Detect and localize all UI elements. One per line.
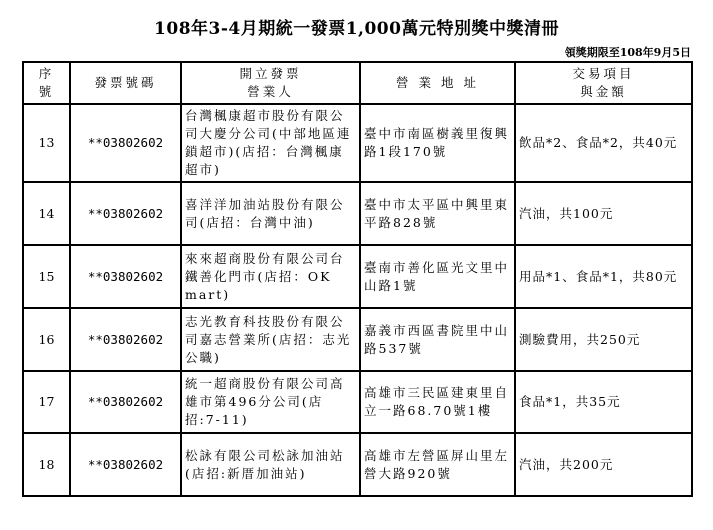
cell-address: 臺中市南區樹義里復興路1段170號 (360, 104, 515, 182)
header-seq: 序 號 (23, 62, 70, 104)
table-row: 14 **03802602 喜洋洋加油站股份有限公司(店招：台灣中油) 臺中市太… (23, 182, 692, 245)
cell-merchant: 松詠有限公司松詠加油站(店招:新厝加油站) (181, 433, 360, 496)
table-row: 16 **03802602 志光教育科技股份有限公司嘉志營業所(店招：志光公職)… (23, 308, 692, 371)
header-seq-line2: 號 (27, 83, 66, 101)
document-title: 108年3-4月期統一發票1,000萬元特別獎中獎清冊 (0, 14, 713, 39)
cell-address: 臺中市太平區中興里東平路828號 (360, 182, 515, 245)
cell-invoice-no: **03802602 (70, 182, 181, 245)
cell-address: 臺南市善化區光文里中山路1號 (360, 245, 515, 308)
cell-seq: 17 (23, 371, 70, 433)
cell-merchant: 喜洋洋加油站股份有限公司(店招：台灣中油) (181, 182, 360, 245)
header-invoice-no: 發票號碼 (70, 62, 181, 104)
cell-merchant: 志光教育科技股份有限公司嘉志營業所(店招：志光公職) (181, 308, 360, 371)
cell-seq: 15 (23, 245, 70, 308)
winners-table: 序 號 發票號碼 開立發票 營業人 營 業 地 址 交易項目 與金額 13 **… (22, 61, 693, 497)
cell-invoice-no: **03802602 (70, 245, 181, 308)
cell-seq: 13 (23, 104, 70, 182)
cell-address: 高雄市左營區屏山里左營大路920號 (360, 433, 515, 496)
header-address: 營 業 地 址 (360, 62, 515, 104)
cell-address: 嘉義市西區書院里中山路537號 (360, 308, 515, 371)
cell-merchant: 來來超商股份有限公司台鐵善化門市(店招：OK mart) (181, 245, 360, 308)
cell-merchant: 統一超商股份有限公司高雄市第496分公司(店招:7-11) (181, 371, 360, 433)
table-header-row: 序 號 發票號碼 開立發票 營業人 營 業 地 址 交易項目 與金額 (23, 62, 692, 104)
cell-invoice-no: **03802602 (70, 371, 181, 433)
cell-seq: 18 (23, 433, 70, 496)
header-merchant-line1: 開立發票 (185, 65, 356, 83)
header-merchant-line2: 營業人 (185, 83, 356, 101)
cell-invoice-no: **03802602 (70, 433, 181, 496)
cell-items: 汽油，共100元 (515, 182, 692, 245)
table-row: 17 **03802602 統一超商股份有限公司高雄市第496分公司(店招:7-… (23, 371, 692, 433)
header-merchant: 開立發票 營業人 (181, 62, 360, 104)
cell-invoice-no: **03802602 (70, 308, 181, 371)
cell-seq: 16 (23, 308, 70, 371)
header-items: 交易項目 與金額 (515, 62, 692, 104)
cell-items: 汽油，共200元 (515, 433, 692, 496)
table-row: 13 **03802602 台灣楓康超市股份有限公司大慶分公司(中部地區連鎖超市… (23, 104, 692, 182)
header-items-line2: 與金額 (519, 83, 688, 101)
cell-invoice-no: **03802602 (70, 104, 181, 182)
cell-items: 食品*1，共35元 (515, 371, 692, 433)
cell-address: 高雄市三民區建東里自立一路68.70號1樓 (360, 371, 515, 433)
cell-merchant: 台灣楓康超市股份有限公司大慶分公司(中部地區連鎖超市)(店招：台灣楓康超市) (181, 104, 360, 182)
header-items-line1: 交易項目 (519, 65, 688, 83)
table-row: 18 **03802602 松詠有限公司松詠加油站(店招:新厝加油站) 高雄市左… (23, 433, 692, 496)
cell-seq: 14 (23, 182, 70, 245)
cell-items: 飲品*2、食品*2，共40元 (515, 104, 692, 182)
claim-deadline: 領獎期限至108年9月5日 (565, 44, 691, 60)
cell-items: 測驗費用，共250元 (515, 308, 692, 371)
header-seq-line1: 序 (27, 65, 66, 83)
table-row: 15 **03802602 來來超商股份有限公司台鐵善化門市(店招：OK mar… (23, 245, 692, 308)
cell-items: 用品*1、食品*1，共80元 (515, 245, 692, 308)
